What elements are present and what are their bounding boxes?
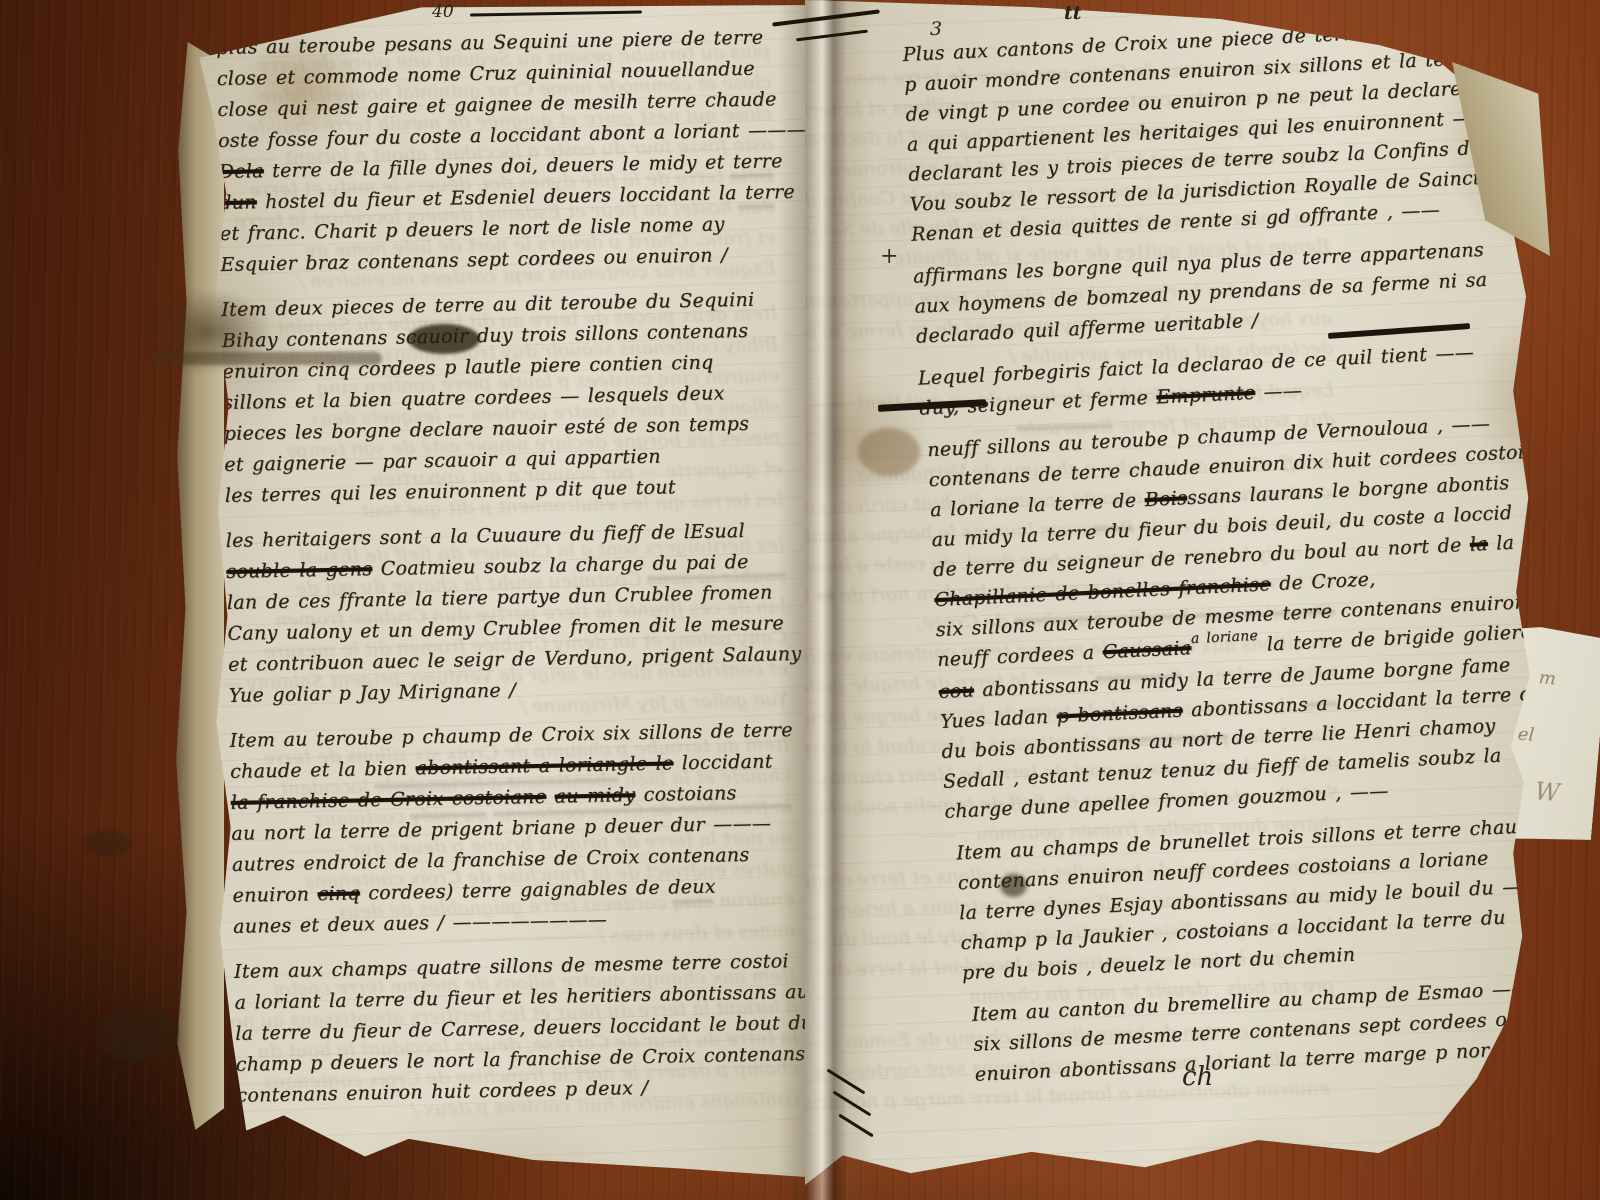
- manuscript-paragraph: Item au teroube p chaump de Croix six si…: [229, 715, 817, 943]
- ink-blot: [96, 1006, 178, 1062]
- handwritten-text: close et commode nome Cruz quininial nou…: [217, 58, 755, 90]
- struck-text: Bois: [1144, 487, 1187, 511]
- left-manuscript-page: plus au teroube pesans au Sequini une pi…: [190, 5, 815, 1180]
- handwritten-text: neuff cordees a: [937, 641, 1103, 671]
- manuscript-paragraph: neuff sillons au teroube p chaump de Ver…: [927, 407, 1547, 827]
- scrap-ink-trace: m: [1538, 667, 1557, 689]
- handwritten-text: contenans enuiron huit cordees p deux /: [236, 1077, 648, 1107]
- scrap-ink-trace: el: [1517, 724, 1535, 746]
- handwritten-text: Yue goliar p Jay Mirignane /: [229, 679, 517, 707]
- handwritten-text: champ p deuers le nort la franchise de C…: [236, 1043, 806, 1076]
- manuscript-text-right: Plus aux cantons de Croix une piece de t…: [902, 11, 1559, 1102]
- manuscript-paragraph: Item aux champs quatre sillons de mesme …: [234, 946, 821, 1112]
- handwritten-text: ——: [1255, 380, 1303, 404]
- gutter-cross-mark: +: [880, 244, 898, 269]
- handwritten-text: les terres qui les enuironnent p dit que…: [225, 476, 676, 507]
- handwritten-text: Coatmieu soubz la charge du pai de: [372, 551, 749, 580]
- struck-text: p bontissans: [1056, 700, 1183, 728]
- handwritten-text: hostel du fieur et Esdeniel deuers locci…: [257, 181, 796, 213]
- handwritten-text: costoians: [635, 782, 737, 806]
- handwritten-text: loccidant: [673, 750, 773, 774]
- manuscript-paragraph: Plus aux cantons de Croix une piece de t…: [902, 11, 1519, 249]
- struck-text: Caussaia: [1102, 637, 1192, 663]
- handwritten-text: et franc. Charit p deuers le nort de lis…: [220, 213, 725, 245]
- handwritten-text: Yues ladan: [940, 705, 1058, 732]
- handwritten-text: de Croze,: [1270, 568, 1376, 595]
- manuscript-text-left: plus au teroube pesans au Sequini une pi…: [216, 22, 821, 1126]
- handwritten-text: aunes et deux aues / ————————: [233, 909, 607, 938]
- struck-text: la: [816, 585, 834, 607]
- handwritten-text: et gaignerie — par scauoir a qui apparti…: [224, 446, 661, 476]
- struck-text: dun: [219, 191, 257, 214]
- struck-text: Dela: [218, 160, 264, 183]
- manuscript-paragraph: plus au teroube pesans au Sequini une pi…: [216, 22, 805, 281]
- right-manuscript-page: Plus aux cantons de Croix une piece de t…: [805, 0, 1560, 1185]
- handwritten-text: au nort la terre de prigent briane p deu…: [231, 812, 771, 844]
- manuscript-paragraph: Item deux pieces de terre au dit teroube…: [221, 284, 809, 512]
- manuscript-photo: m el W plus au teroube pesans au Sequini…: [0, 0, 1600, 1200]
- scrap-ink-trace: W: [1534, 777, 1561, 807]
- handwritten-text: sillons et la bien quatre cordees — lesq…: [223, 382, 725, 414]
- handwritten-text: Item deux pieces de terre au dit teroube…: [221, 289, 754, 321]
- struck-text: cinq: [317, 882, 360, 905]
- double-t-mark: tt: [1064, 2, 1082, 24]
- handwritten-text: Bihay contenans scauoir duy trois sillon…: [222, 320, 749, 352]
- end-flourish-mark: ch: [1182, 1062, 1213, 1092]
- handwritten-text: les heritaigers sont a la Cuuaure du fie…: [226, 520, 746, 552]
- struck-text: au midy: [554, 784, 635, 808]
- ink-blot: [84, 830, 132, 857]
- handwritten-text: chaude et la bien: [230, 757, 416, 783]
- handwritten-text: terre de la fille dynes doi, deuers le m…: [264, 150, 783, 182]
- handwritten-text: la: [1487, 532, 1514, 555]
- manuscript-paragraph: affirmans les borgne quil nya plus de te…: [912, 233, 1524, 352]
- struck-text: la: [1469, 533, 1488, 556]
- manuscript-paragraph: Item au champs de brunellet trois sillon…: [956, 810, 1554, 988]
- struck-text: cou: [938, 679, 974, 703]
- top-flourish-mark: 40: [432, 2, 454, 22]
- underlying-folio-edges: [172, 42, 224, 1130]
- struck-text: abontissant a loriangle le: [415, 752, 673, 779]
- manuscript-paragraph: Item au canton du bremellire au champ de…: [971, 972, 1559, 1089]
- manuscript-paragraph: les heritaigers sont a la Cuuaure du fie…: [225, 515, 812, 712]
- handwritten-text: cordees) terre gaignables de deux: [360, 876, 716, 905]
- handwritten-text: enuiron: [232, 883, 317, 907]
- struck-text: la franchise de Croix costoiane: [231, 786, 547, 814]
- handwritten-text: pieces les borgne declare nauoir esté de…: [223, 413, 749, 445]
- handwritten-text: enuiron cinq cordees p lautle piere cont…: [222, 352, 713, 383]
- handwritten-text: Esquier braz contenans sept cordees ou e…: [220, 244, 728, 276]
- handwritten-text: autres endroict de la franchise de Croix…: [232, 844, 750, 876]
- folio-number-mark: 3: [930, 18, 942, 40]
- struck-text: Emprunte: [1156, 382, 1256, 409]
- struck-text: souble la gens: [226, 558, 372, 583]
- inserted-text: a loriane: [1190, 621, 1259, 654]
